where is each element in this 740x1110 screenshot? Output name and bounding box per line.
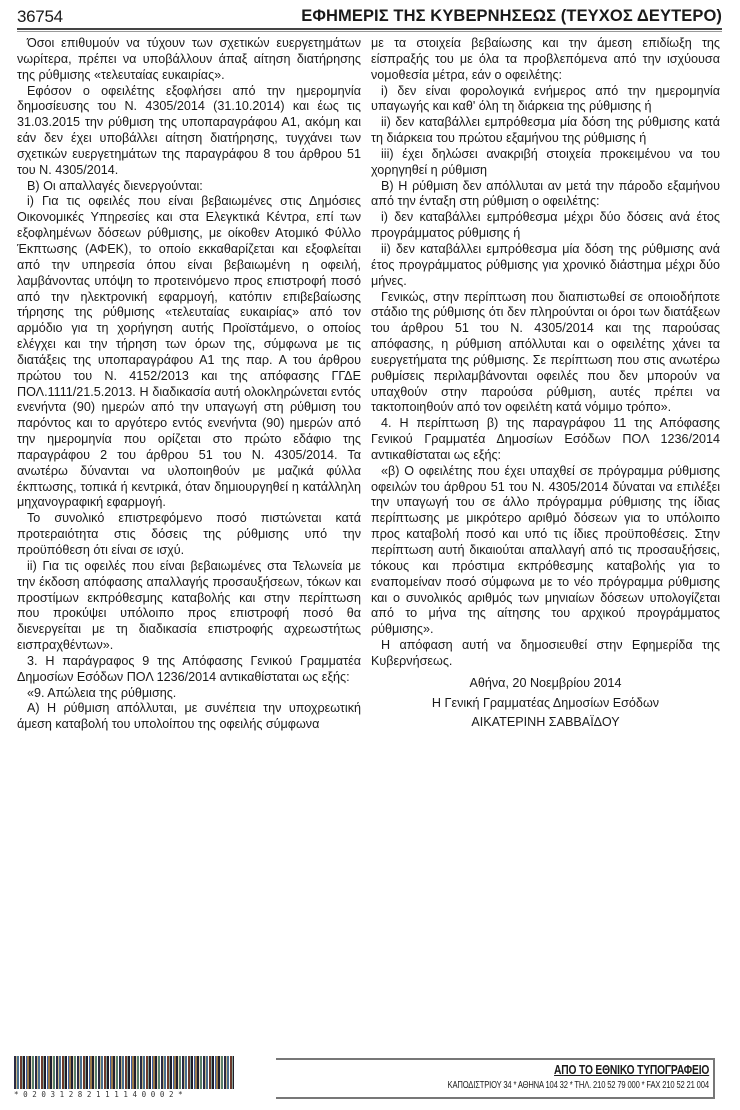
imprint-address: ΚΑΠΟΔΙΣΤΡΙΟΥ 34 * ΑΘΗΝΑ 104 32 * ΤΗΛ. 21… bbox=[448, 1080, 709, 1091]
paragraph: με τα στοιχεία βεβαίωσης και την άμεση ε… bbox=[371, 36, 720, 84]
paragraph: «9. Απώλεια της ρύθμισης. bbox=[17, 686, 361, 702]
imprint-title: ΑΠΟ ΤΟ ΕΘΝΙΚΟ ΤΥΠΟΓΡΑΦΕΙΟ bbox=[554, 1063, 709, 1077]
barcode-digits: *02031282111140002* bbox=[14, 1090, 234, 1099]
national-printing-office-imprint: ΑΠΟ ΤΟ ΕΘΝΙΚΟ ΤΥΠΟΓΡΑΦΕΙΟ ΚΑΠΟΔΙΣΤΡΙΟΥ 3… bbox=[276, 1058, 715, 1099]
paragraph: i) δεν καταβάλλει εμπρόθεσμα μέχρι δύο δ… bbox=[371, 210, 720, 242]
paragraph: ii) Για τις οφειλές που είναι βεβαιωμένε… bbox=[17, 559, 361, 654]
paragraph: 3. Η παράγραφος 9 της Απόφασης Γενικού Γ… bbox=[17, 654, 361, 686]
paragraph: Β) Η ρύθμιση δεν απόλλυται αν μετά την π… bbox=[371, 179, 720, 211]
paragraph: Α) Η ρύθμιση απόλλυται, με συνέπεια την … bbox=[17, 701, 361, 733]
page-number: 36754 bbox=[17, 7, 63, 27]
left-column: Όσοι επιθυμούν να τύχουν των σχετικών ευ… bbox=[17, 36, 361, 733]
paragraph: Εφόσον ο οφειλέτης εξοφλήσει από την ημε… bbox=[17, 84, 361, 179]
paragraph: «β) Ο οφειλέτης που έχει υπαχθεί σε πρόγ… bbox=[371, 464, 720, 638]
paragraph: Όσοι επιθυμούν να τύχουν των σχετικών ευ… bbox=[17, 36, 361, 84]
paragraph: Β) Οι απαλλαγές διενεργούνται: bbox=[17, 179, 361, 195]
paragraph: i) Για τις οφειλές που είναι βεβαιωμένες… bbox=[17, 194, 361, 511]
paragraph: Γενικώς, στην περίπτωση που διαπιστωθεί … bbox=[371, 290, 720, 417]
gazette-title: ΕΦΗΜΕΡΙΣ ΤΗΣ ΚΥΒΕΡΝΗΣΕΩΣ (ΤΕΥΧΟΣ ΔΕΥΤΕΡΟ… bbox=[301, 7, 722, 26]
barcode: *02031282111140002* bbox=[14, 1056, 234, 1092]
paragraph: Το συνολικό επιστρεφόμενο ποσό πιστώνετα… bbox=[17, 511, 361, 559]
barcode-bars bbox=[14, 1056, 234, 1089]
right-column: με τα στοιχεία βεβαίωσης και την άμεση ε… bbox=[371, 36, 720, 731]
paragraph: 4. Η περίπτωση β) της παραγράφου 11 της … bbox=[371, 416, 720, 464]
paragraph: Η απόφαση αυτή να δημοσιευθεί στην Εφημε… bbox=[371, 638, 720, 670]
paragraph: ii) δεν καταβάλλει εμπρόθεσμα μία δόση τ… bbox=[371, 115, 720, 147]
page-header: 36754 ΕΦΗΜΕΡΙΣ ΤΗΣ ΚΥΒΕΡΝΗΣΕΩΣ (ΤΕΥΧΟΣ Δ… bbox=[17, 6, 722, 30]
signature-place-date: Αθήνα, 20 Νοεμβρίου 2014 bbox=[371, 676, 720, 692]
paragraph: i) δεν είναι φορολογικά ενήμερος από την… bbox=[371, 84, 720, 116]
signature-name: ΑΙΚΑΤΕΡΙΝΗ ΣΑΒΒΑΪΔΟΥ bbox=[371, 715, 720, 731]
paragraph: ii) δεν καταβάλλει εμπρόθεσμα μία δόση τ… bbox=[371, 242, 720, 290]
signature-role: Η Γενική Γραμματέας Δημοσίων Εσόδων bbox=[371, 696, 720, 712]
paragraph: iii) έχει δηλώσει ανακριβή στοιχεία προκ… bbox=[371, 147, 720, 179]
